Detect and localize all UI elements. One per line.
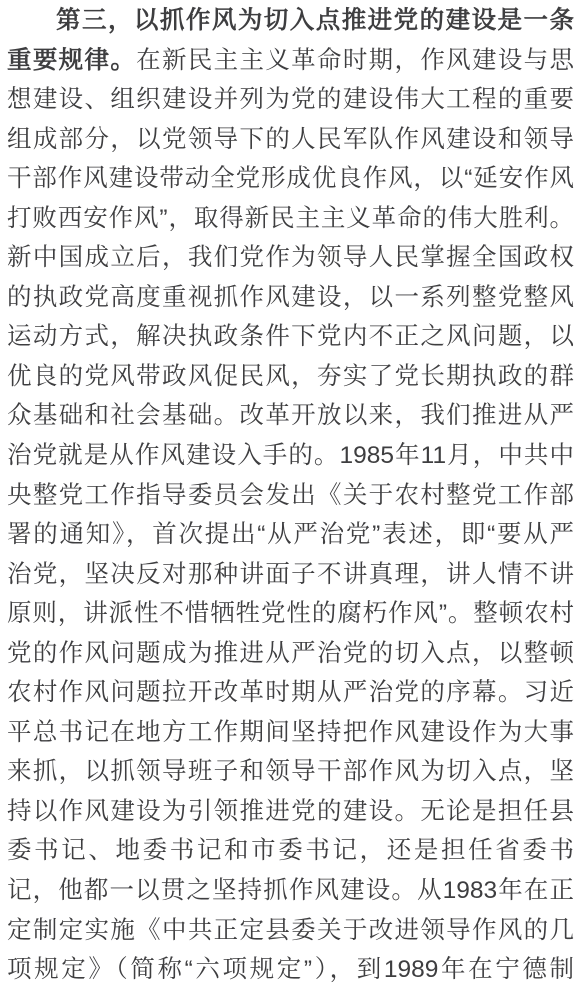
text-line: 来抓，以抓领导班子和领导干部作风为切入点，坚 [7,752,574,792]
text-line: 众基础和社会基础。改革开放以来，我们推进从严 [7,396,574,436]
text-segment: 的执政党高度重视抓作风建设，以一系列整党整风 [7,284,574,311]
text-segment: 平总书记在地方工作期间坚持把作风建设作为大事 [7,719,574,746]
text-line: 农村作风问题拉开改革时期从严治党的序幕。习近 [7,673,574,713]
bold-text-segment: 重要规律。 [7,47,136,74]
text-segment: 治党就是从作风建设入手的。1985年11月，中共中 [7,442,574,469]
text-segment: 委书记、地委书记和市委书记，还是担任省委书 [7,837,574,864]
text-segment: 运动方式，解决执政条件下党内不正之风问题，以 [7,323,574,350]
text-line: 新中国成立后，我们党作为领导人民掌握全国政权 [7,238,574,278]
text-segment: 持以作风建设为引领推进党的建设。无论是担任县 [7,798,574,825]
text-line: 运动方式，解决执政条件下党内不正之风问题，以 [7,317,574,357]
text-line: 平总书记在地方工作期间坚持把作风建设作为大事 [7,713,574,753]
text-segment: 优良的党风带政风促民风，夯实了党长期执政的群 [7,363,574,390]
text-line: 的执政党高度重视抓作风建设，以一系列整党整风 [7,278,574,318]
text-segment: 在新民主主义革命时期，作风建设与思 [136,47,574,74]
text-line: 原则，讲派性不惜牺牲党性的腐朽作风”。整顿农村 [7,594,574,634]
text-line: 干部作风建设带动全党形成优良作风，以“延安作风 [7,159,574,199]
text-segment: 众基础和社会基础。改革开放以来，我们推进从严 [7,402,574,429]
text-segment: 新中国成立后，我们党作为领导人民掌握全国政权 [7,244,574,271]
text-line: 记，他都一以贯之坚持抓作风建设。从1983年在正 [7,871,574,911]
text-line: 治党就是从作风建设入手的。1985年11月，中共中 [7,436,574,476]
text-segment: 想建设、组织建设并列为党的建设伟大工程的重要 [7,86,574,113]
text-line: 委书记、地委书记和市委书记，还是担任省委书 [7,831,574,871]
text-line: 治党，坚决反对那种讲面子不讲真理，讲人情不讲 [7,555,574,595]
text-segment: 央整党工作指导委员会发出《关于农村整党工作部 [7,482,574,509]
text-line: 党的作风问题成为推进从严治党的切入点，以整顿 [7,634,574,674]
text-segment: 项规定》（简称“六项规定”），到1989年在宁德制 [7,956,574,983]
article-page: 第三，以抓作风为切入点推进党的建设是一条重要规律。在新民主主义革命时期，作风建设… [0,0,580,989]
text-line: 定制定实施《中共正定县委关于改进领导作风的几 [7,911,574,951]
text-line: 第三，以抓作风为切入点推进党的建设是一条 [7,1,574,41]
text-line: 央整党工作指导委员会发出《关于农村整党工作部 [7,476,574,516]
text-line: 想建设、组织建设并列为党的建设伟大工程的重要 [7,80,574,120]
text-segment: 打败西安作风”，取得新民主主义革命的伟大胜利。 [7,205,574,232]
text-segment: 署的通知》，首次提出“从严治党”表述，即“要从严 [7,521,574,548]
text-segment: 来抓，以抓领导班子和领导干部作风为切入点，坚 [7,758,574,785]
text-line: 署的通知》，首次提出“从严治党”表述，即“要从严 [7,515,574,555]
bold-text-segment: 第三，以抓作风为切入点推进党的建设是一条 [56,7,574,34]
text-line: 重要规律。在新民主主义革命时期，作风建设与思 [7,41,574,81]
article-body: 第三，以抓作风为切入点推进党的建设是一条重要规律。在新民主主义革命时期，作风建设… [7,1,574,989]
text-line: 组成部分，以党领导下的人民军队作风建设和领导 [7,120,574,160]
text-segment: 原则，讲派性不惜牺牲党性的腐朽作风”。整顿农村 [7,600,574,627]
text-line: 优良的党风带政风促民风，夯实了党长期执政的群 [7,357,574,397]
text-segment: 干部作风建设带动全党形成优良作风，以“延安作风 [7,165,574,192]
text-segment: 记，他都一以贯之坚持抓作风建设。从1983年在正 [7,877,574,904]
text-segment: 组成部分，以党领导下的人民军队作风建设和领导 [7,126,574,153]
text-line: 项规定》（简称“六项规定”），到1989年在宁德制 [7,950,574,989]
text-segment: 定制定实施《中共正定县委关于改进领导作风的几 [7,917,574,944]
text-segment: 党的作风问题成为推进从严治党的切入点，以整顿 [7,640,574,667]
text-line: 持以作风建设为引领推进党的建设。无论是担任县 [7,792,574,832]
text-segment: 农村作风问题拉开改革时期从严治党的序幕。习近 [7,679,574,706]
text-segment: 治党，坚决反对那种讲面子不讲真理，讲人情不讲 [7,561,574,588]
text-line: 打败西安作风”，取得新民主主义革命的伟大胜利。 [7,199,574,239]
